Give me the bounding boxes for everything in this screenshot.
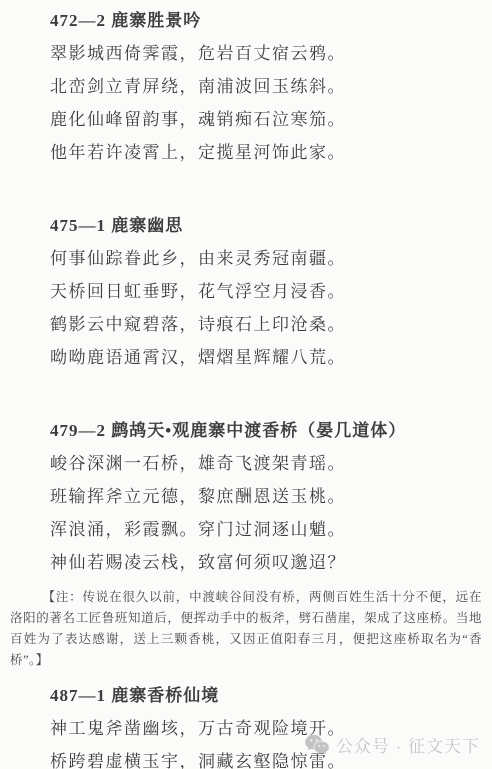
- poem-block-3: 479—2 鹧鸪天•观鹿寨中渡香桥（晏几道体） 峻谷深渊一石桥，雄奇飞渡架青瑶。…: [50, 422, 484, 571]
- poem-title: 479—2 鹧鸪天•观鹿寨中渡香桥（晏几道体）: [50, 422, 484, 439]
- poem-line: 浑浪涌，彩霞飘。穿门过洞逐山魈。: [50, 521, 484, 538]
- poem-block-2: 475—1 鹿寨幽思 何事仙踪眷此乡，由来灵秀冠南疆。 天桥回日虹垂野，花气浮空…: [50, 217, 484, 366]
- section-spacer: [10, 382, 484, 422]
- section-spacer: [10, 671, 484, 687]
- poem-line: 他年若许凌霄上，定揽星河饰此家。: [50, 144, 484, 161]
- poem-line: 鹿化仙峰留韵事，魂销痴石泣寒笳。: [50, 111, 484, 128]
- poem-line: 鹤影云中窥碧落，诗痕石上印沧桑。: [50, 316, 484, 333]
- poem-line: 神仙若赐凌云栈，致富何须叹邈迢？: [50, 554, 484, 571]
- poem-note: 【注：传说在很久以前，中渡峡谷间没有桥，两侧百姓生活十分不便，远在洛阳的著名工匠…: [10, 587, 482, 671]
- poem-line: 北峦剑立青屏绕，南浦波回玉练斜。: [50, 78, 484, 95]
- wechat-icon: [304, 734, 330, 756]
- poem-line: 翠影城西倚霁霞，危岩百丈宿云鸦。: [50, 45, 484, 62]
- watermark-text: 公众号 · 征文天下: [336, 732, 480, 757]
- document-page: 472—2 鹿寨胜景吟 翠影城西倚霁霞，危岩百丈宿云鸦。 北峦剑立青屏绕，南浦波…: [0, 0, 492, 769]
- poem-title: 472—2 鹿寨胜景吟: [50, 12, 484, 29]
- poem-line: 呦呦鹿语通霄汉，熠熠星辉耀八荒。: [50, 349, 484, 366]
- section-spacer: [10, 177, 484, 217]
- watermark: 公众号 · 征文天下: [304, 732, 480, 757]
- poem-line: 峻谷深渊一石桥，雄奇飞渡架青瑶。: [50, 455, 484, 472]
- poem-line: 何事仙踪眷此乡，由来灵秀冠南疆。: [50, 250, 484, 267]
- poem-line: 天桥回日虹垂野，花气浮空月浸香。: [50, 283, 484, 300]
- poem-block-1: 472—2 鹿寨胜景吟 翠影城西倚霁霞，危岩百丈宿云鸦。 北峦剑立青屏绕，南浦波…: [50, 12, 484, 161]
- poem-title: 487—1 鹿寨香桥仙境: [50, 687, 484, 704]
- poem-title: 475—1 鹿寨幽思: [50, 217, 484, 234]
- poem-line: 班输挥斧立元德，黎庶酬恩送玉桃。: [50, 488, 484, 505]
